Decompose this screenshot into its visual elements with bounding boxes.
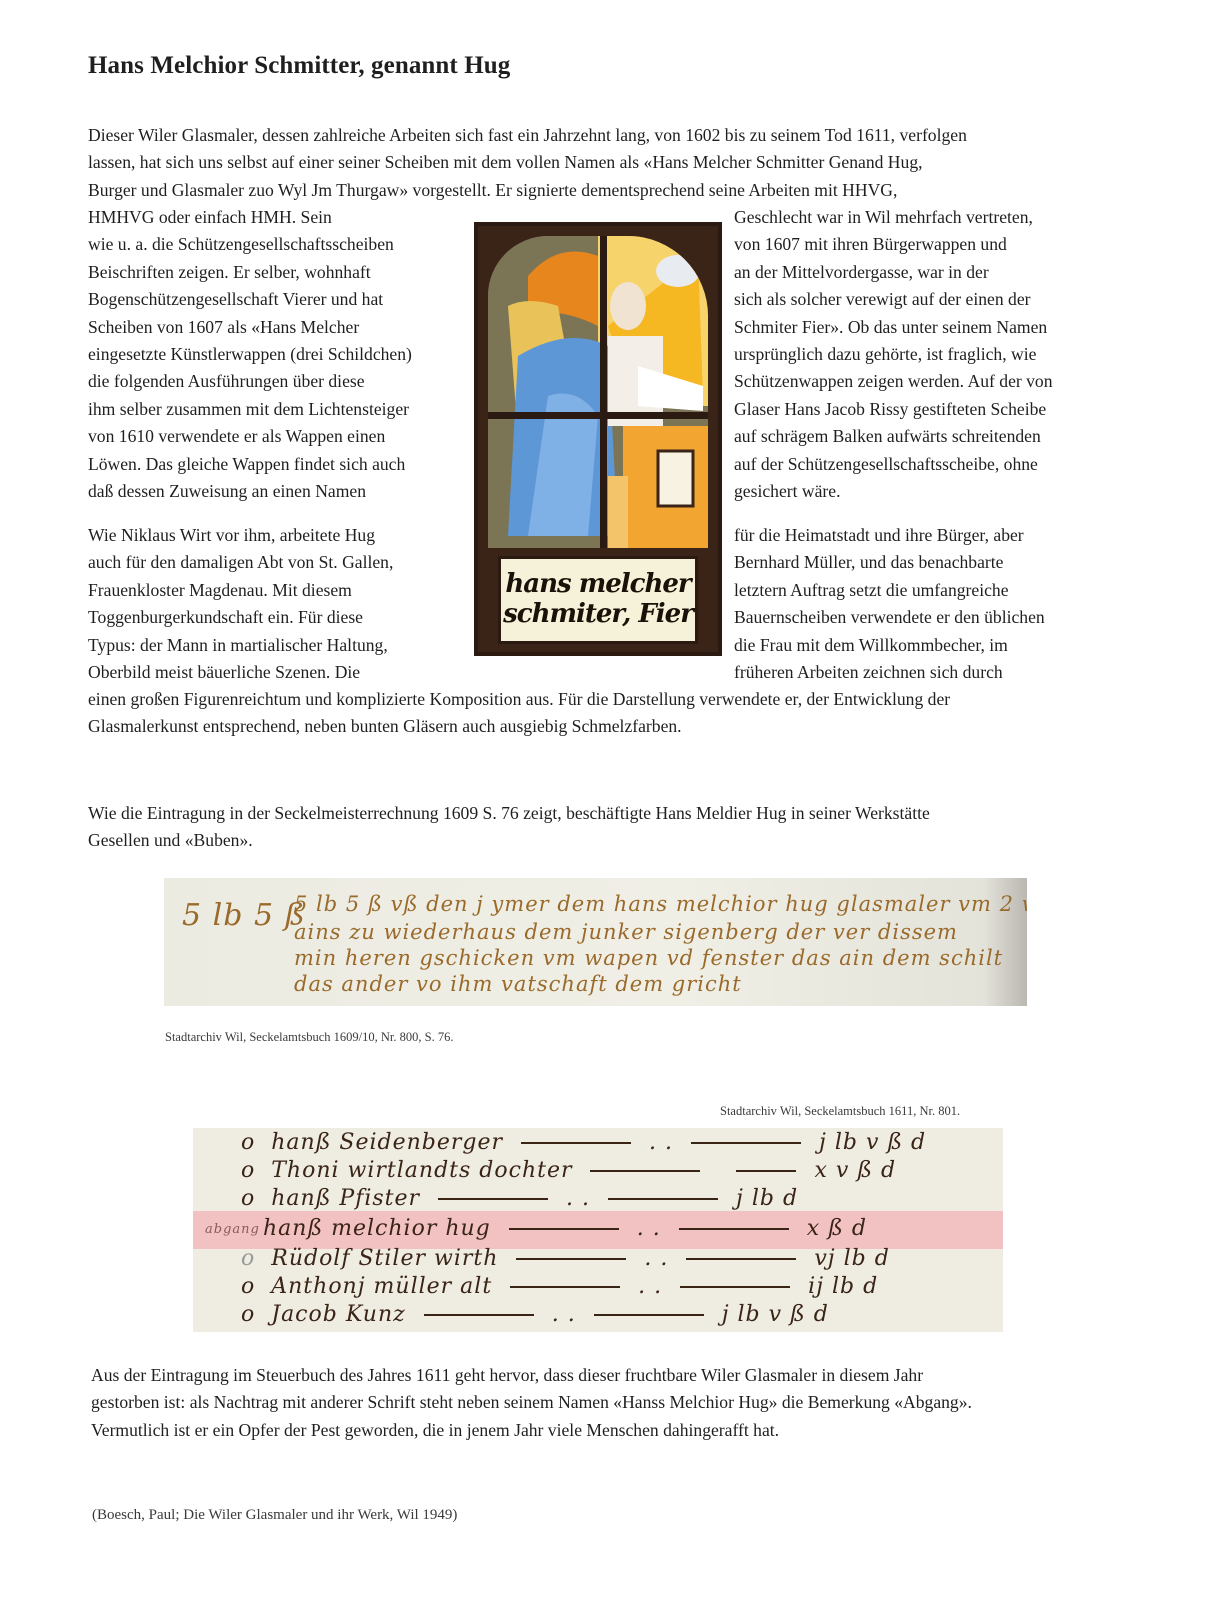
text-line: HMHVG oder einfach HMH. Sein — [88, 204, 412, 231]
intro-paragraph-top: Dieser Wiler Glasmaler, dessen zahlreich… — [88, 122, 967, 204]
text-line: von 1607 mit ihren Bürgerwappen und — [734, 231, 1053, 258]
text-line: Glasmalerkunst entsprechend, neben bunte… — [88, 713, 950, 740]
intro-paragraph-bottom: einen großen Figurenreichtum und kompliz… — [88, 686, 950, 741]
manuscript-line: das ander vo ihm vatschaft dem gricht — [294, 972, 742, 996]
text-line: Geschlecht war in Wil mehrfach vertreten… — [734, 204, 1053, 231]
text-line: an der Mittelvordergasse, war in der — [734, 259, 1053, 286]
text-line: ursprünglich dazu gehörte, ist fraglich,… — [734, 341, 1053, 368]
text-line: gestorben ist: als Nachtrag mit anderer … — [91, 1389, 972, 1416]
text-line: Wie Niklaus Wirt vor ihm, arbeitete Hug — [88, 522, 393, 549]
text-line: Frauenkloster Magdenau. Mit diesem — [88, 577, 393, 604]
text-line: Scheiben von 1607 als «Hans Melcher — [88, 314, 412, 341]
page-title: Hans Melchior Schmitter, genannt Hug — [88, 52, 510, 80]
text-line: Glaser Hans Jacob Rissy gestifteten Sche… — [734, 396, 1053, 423]
text-line: auf der Schützengesellschaftsscheibe, oh… — [734, 451, 1053, 478]
text-line: Aus der Eintragung im Steuerbuch des Jah… — [91, 1362, 972, 1389]
stained-glass-scene — [488, 236, 708, 548]
second-left-column: Wie Niklaus Wirt vor ihm, arbeitete Hug … — [88, 522, 393, 686]
text-line: wie u. a. die Schützengesellschaftsschei… — [88, 231, 412, 258]
stained-glass-image: hans melcher schmiter, Fier — [474, 222, 722, 656]
manuscript-line: ains zu wiederhaus dem junker sigenberg … — [294, 920, 958, 944]
manuscript-1-caption: Stadtarchiv Wil, Seckelamtsbuch 1609/10,… — [165, 1030, 453, 1045]
text-line: Gesellen und «Buben». — [88, 827, 930, 854]
intro-left-column: HMHVG oder einfach HMH. Sein wie u. a. d… — [88, 204, 412, 505]
intro-right-column: Geschlecht war in Wil mehrfach vertreten… — [734, 204, 1053, 505]
stained-glass-inscription: hans melcher schmiter, Fier — [498, 556, 698, 644]
inscription-line: schmiter, Fier — [501, 599, 695, 629]
text-line: Toggenburgerkundschaft ein. Für diese — [88, 604, 393, 631]
text-line: Dieser Wiler Glasmaler, dessen zahlreich… — [88, 122, 967, 149]
citation: (Boesch, Paul; Die Wiler Glasmaler und i… — [92, 1507, 457, 1524]
text-line: eingesetzte Künstlerwappen (drei Schildc… — [88, 341, 412, 368]
text-line: Beischriften zeigen. Er selber, wohnhaft — [88, 259, 412, 286]
annunciation-figure-icon — [488, 236, 708, 548]
text-line: Bauernscheiben verwendete er den übliche… — [734, 604, 1045, 631]
manuscript-image-1611: abgang o hanß Seidenberger. .j lb v ß d … — [193, 1128, 1003, 1332]
text-line: gesichert wäre. — [734, 478, 1053, 505]
manuscript-2-caption: Stadtarchiv Wil, Seckelamtsbuch 1611, Nr… — [720, 1104, 960, 1119]
text-line: Burger und Glasmaler zuo Wyl Jm Thurgaw»… — [88, 177, 967, 204]
workshop-paragraph: Wie die Eintragung in der Seckelmeisterr… — [88, 800, 930, 855]
ledger-row: o hanß Pfister. .j lb d — [241, 1186, 798, 1211]
ledger-row: o Anthonj müller alt. .ij lb d — [241, 1274, 878, 1299]
manuscript-line: 5 lb 5 ß vß den j ymer dem hans melchior… — [294, 892, 1027, 916]
manuscript-image-1609: 5 lb 5 ß 5 lb 5 ß vß den j ymer dem hans… — [164, 878, 1027, 1006]
text-line: Oberbild meist bäuerliche Szenen. Die — [88, 659, 393, 686]
text-line: Schmiter Fier». Ob das unter seinem Name… — [734, 314, 1053, 341]
text-line: Bernhard Müller, und das benachbarte — [734, 549, 1045, 576]
text-line: auf schrägem Balken aufwärts schreitende… — [734, 423, 1053, 450]
text-line: früheren Arbeiten zeichnen sich durch — [734, 659, 1045, 686]
text-line: auch für den damaligen Abt von St. Galle… — [88, 549, 393, 576]
margin-note: abgang — [205, 1222, 260, 1237]
text-line: lassen, hat sich uns selbst auf einer se… — [88, 149, 967, 176]
ledger-row: o Jacob Kunz. .j lb v ß d — [241, 1302, 829, 1327]
text-line: von 1610 verwendete er als Wappen einen — [88, 423, 412, 450]
ledger-row: o Thoni wirtlandts dochterx v ß d — [241, 1158, 896, 1183]
manuscript-line: min heren gschicken vm wapen vd fenster … — [294, 946, 1003, 970]
second-right-column: für die Heimatstadt und ihre Bürger, abe… — [734, 522, 1045, 686]
text-line: letztern Auftrag setzt die umfangreiche — [734, 577, 1045, 604]
text-line: sich als solcher verewigt auf der einen … — [734, 286, 1053, 313]
text-line: Vermutlich ist er ein Opfer der Pest gew… — [91, 1417, 972, 1444]
text-line: Schützenwappen zeigen werden. Auf der vo… — [734, 368, 1053, 395]
ledger-row-highlighted: hanß melchior hug. .x ß d — [263, 1216, 867, 1241]
manuscript-margin-amount: 5 lb 5 ß — [182, 898, 306, 933]
lead-came-horizontal — [488, 412, 708, 419]
text-line: für die Heimatstadt und ihre Bürger, abe… — [734, 522, 1045, 549]
inscription-line: hans melcher — [501, 569, 695, 599]
text-line: daß dessen Zuweisung an einen Namen — [88, 478, 412, 505]
text-line: die folgenden Ausführungen über diese — [88, 368, 412, 395]
ledger-row: o Rüdolf Stiler wirth. .vj lb d — [241, 1246, 890, 1271]
text-line: ihm selber zusammen mit dem Lichtensteig… — [88, 396, 412, 423]
ledger-row: o hanß Seidenberger. .j lb v ß d — [241, 1130, 926, 1155]
text-line: Wie die Eintragung in der Seckelmeisterr… — [88, 800, 930, 827]
text-line: Typus: der Mann in martialischer Haltung… — [88, 632, 393, 659]
lead-came-vertical — [600, 236, 607, 548]
text-line: die Frau mit dem Willkommbecher, im — [734, 632, 1045, 659]
text-line: Bogenschützengesellschaft Vierer und hat — [88, 286, 412, 313]
text-line: einen großen Figurenreichtum und kompliz… — [88, 686, 950, 713]
closing-paragraph: Aus der Eintragung im Steuerbuch des Jah… — [91, 1362, 972, 1444]
text-line: Löwen. Das gleiche Wappen findet sich au… — [88, 451, 412, 478]
